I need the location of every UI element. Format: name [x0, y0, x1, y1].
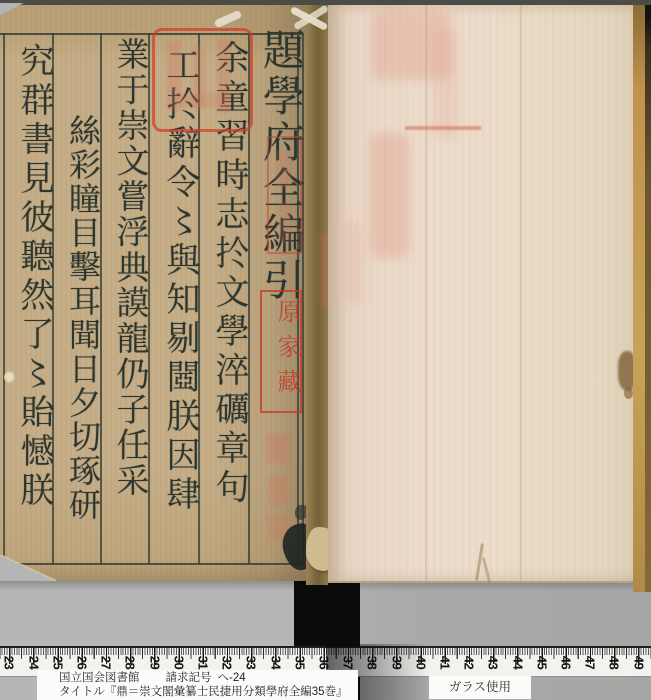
paper-fold-line	[520, 5, 522, 581]
caption-line1: 国立国会図書館請求記号ヘ-24	[59, 672, 358, 686]
glass-usage-text: ガラス使用	[449, 680, 511, 694]
call-number-label: 請求記号	[166, 672, 212, 684]
book-cover-edge	[633, 0, 645, 592]
paper-crease	[482, 557, 491, 583]
seal-offset-smudge	[370, 133, 410, 258]
calligraphy-column: 絲彩瞳目擊耳聞日夕切琢研	[60, 114, 106, 522]
paper-fold-line	[425, 5, 427, 581]
ruler-number: 47	[584, 652, 597, 674]
red-offset-line	[405, 126, 481, 130]
ruler-number: 23	[3, 652, 16, 674]
glass-usage-label: ガラス使用	[429, 676, 531, 699]
seal-offset-smudge	[343, 220, 363, 305]
book-scan-photo: 題學府全編引余童習時志扵文學淬礪章句工扵辭令〻與知剔閸朕因肆業于崇文嘗浮典謨龍仍…	[0, 0, 651, 700]
book-title: 『鼎＝崇文閣彙纂士民捷用分類學府全編35巻』	[105, 686, 348, 698]
ruler-number: 44	[511, 652, 524, 674]
narrow-red-seal	[267, 136, 302, 254]
large-red-seal	[152, 28, 253, 132]
caption-line2: タイトル『鼎＝崇文閣彙纂士民捷用分類學府全編35巻』	[59, 686, 358, 700]
institution-name: 国立国会図書館	[59, 672, 140, 684]
ruler-number: 49	[632, 652, 645, 674]
ruler-number: 48	[608, 652, 621, 674]
left-page: 題學府全編引余童習時志扵文學淬礪章句工扵辭令〻與知剔閸朕因肆業于崇文嘗浮典謨龍仍…	[0, 3, 306, 581]
ruler-number: 45	[535, 652, 548, 674]
ruler-number: 41	[438, 652, 451, 674]
collector-seal: 原家藏	[260, 290, 302, 413]
brown-stain-small	[624, 387, 633, 399]
title-label: タイトル	[59, 686, 105, 698]
collector-seal-text: 原家藏	[270, 299, 305, 404]
damaged-corner	[0, 555, 56, 581]
library-caption-label: 国立国会図書館請求記号ヘ-24 タイトル『鼎＝崇文閣彙纂士民捷用分類學府全編35…	[37, 670, 358, 700]
ruler-number: 46	[559, 652, 572, 674]
right-page	[328, 5, 634, 583]
wormhole-spot	[4, 371, 15, 383]
ruler-number: 43	[487, 652, 500, 674]
book-edge-shadow	[645, 0, 651, 592]
ruler-number: 42	[463, 652, 476, 674]
calligraphy-column: 究群書見彼聽然了〻貽憾朕	[10, 43, 59, 511]
page-corner-gap	[0, 3, 24, 16]
seal-offset-smudge	[432, 30, 458, 140]
call-number: ヘ-24	[218, 672, 246, 684]
scan-top-edge	[0, 0, 651, 5]
calligraphy-column: 業于崇文嘗浮典謨龍仍子任采	[108, 37, 155, 499]
